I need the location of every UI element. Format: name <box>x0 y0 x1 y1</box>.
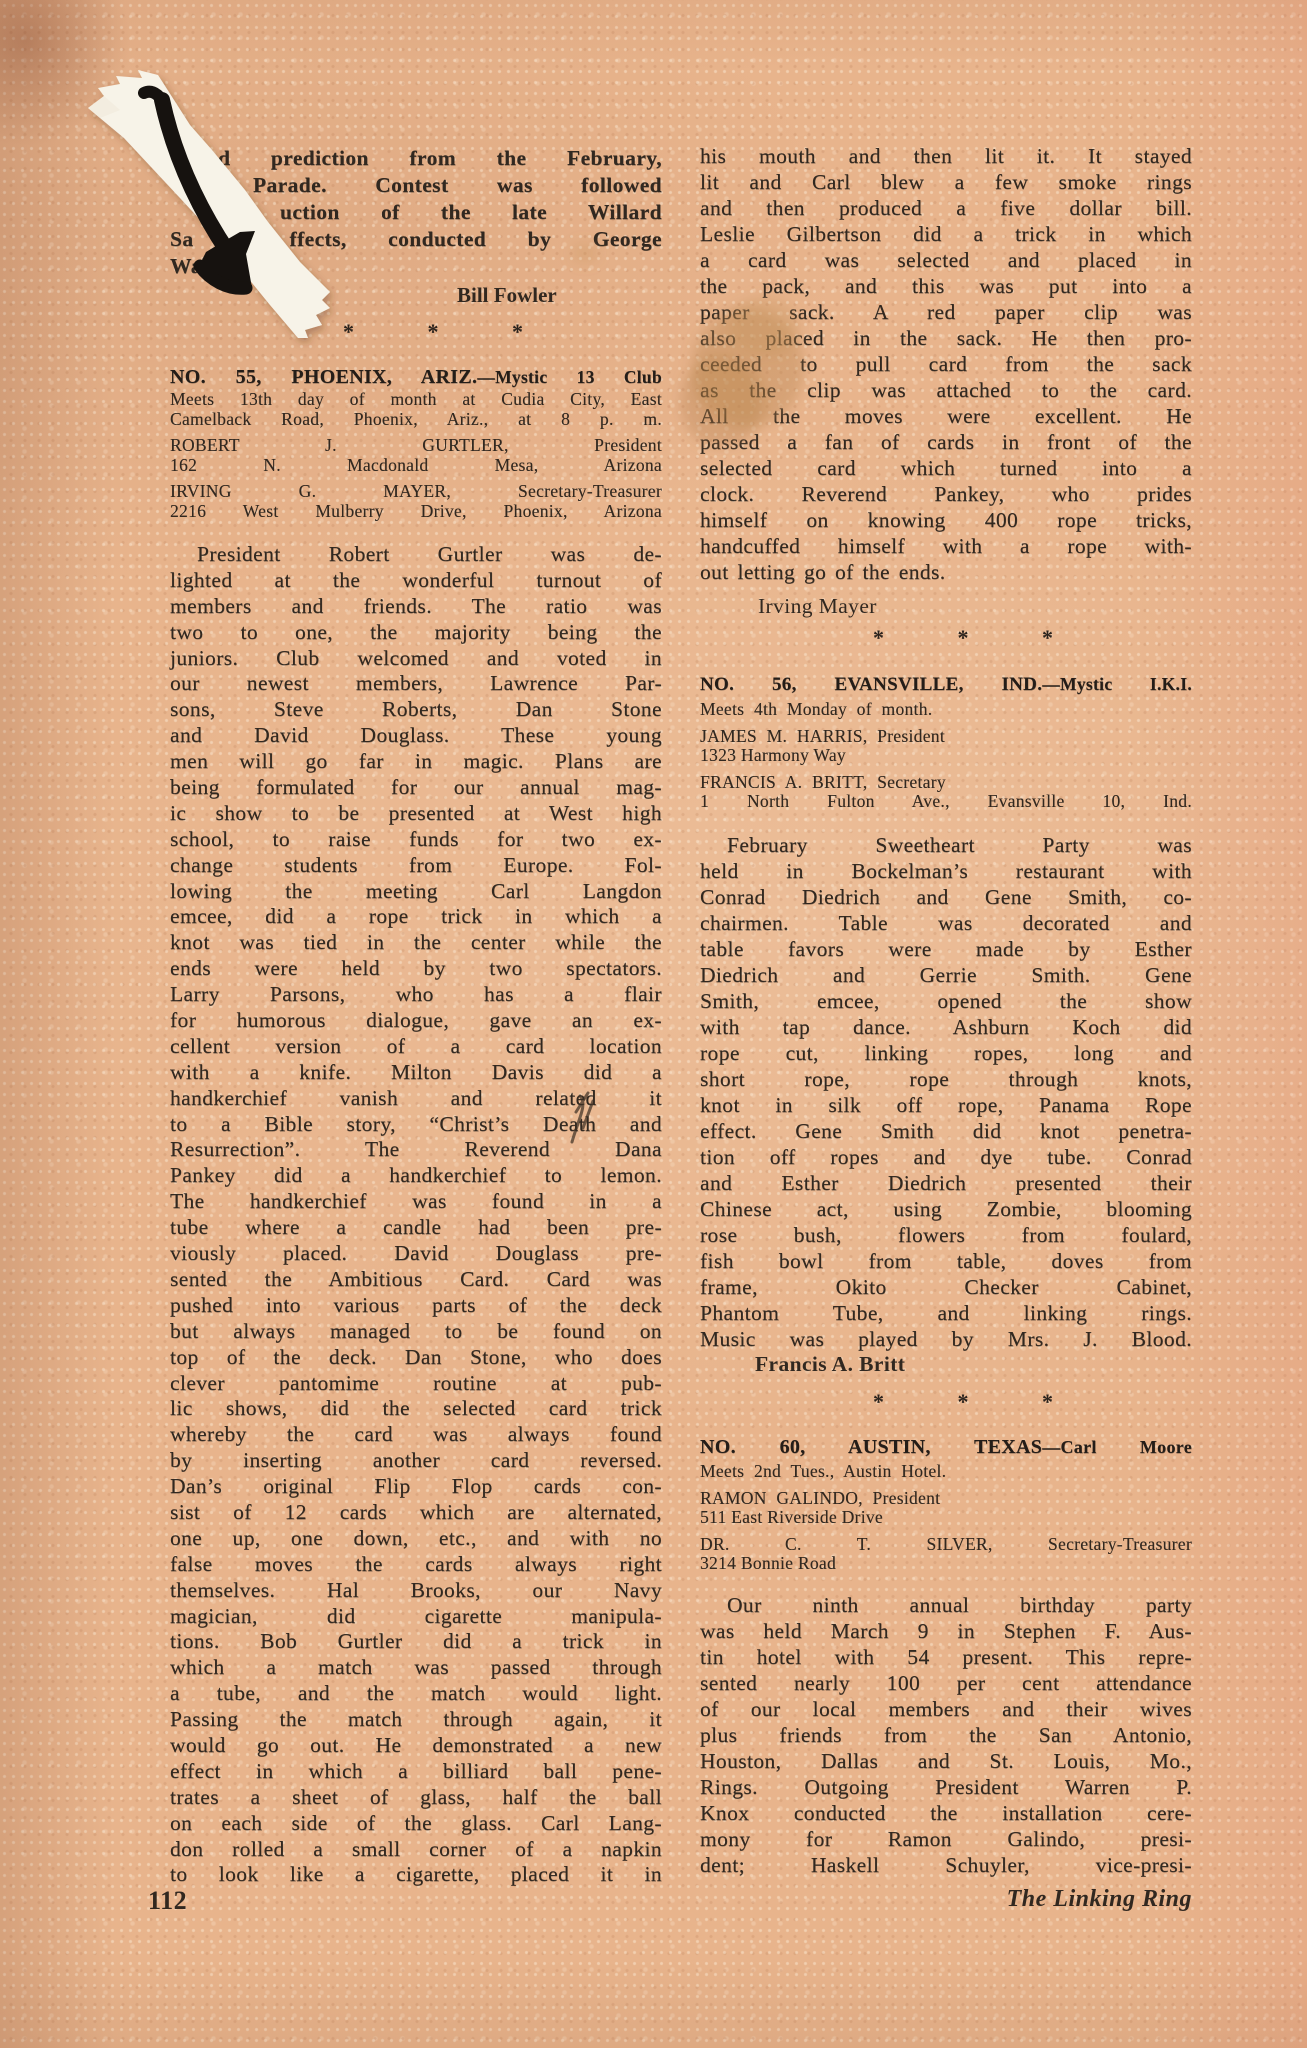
text-line: and then produced a five dollar bill. <box>700 195 1192 221</box>
text-line: lowing the meeting Carl Langdon <box>170 879 662 905</box>
club-heading-evansville: NO. 56, EVANSVILLE, IND.—Mystic I.K.I. <box>700 674 1192 696</box>
text-line: lighted at the wonderful turnout of <box>170 568 662 594</box>
text-line: lic shows, did the selected card trick <box>170 1396 662 1422</box>
text-line: Saffects, conducted by George <box>170 226 662 253</box>
text-line: Dan’s original Flip Flop cards con- <box>170 1474 662 1500</box>
club-info-evansville: Meets 4th Monday of month.JAMES M. HARRI… <box>700 700 1192 812</box>
text-line: magician, did cigarette manipula- <box>170 1604 662 1630</box>
text-line: 162 N. Macdonald Mesa, Arizona <box>170 456 662 476</box>
text-line: effect. Gene Smith did knot penetra- <box>700 1118 1192 1144</box>
text-line: knot in silk off rope, Panama Rope <box>700 1092 1192 1118</box>
text-line: The handkerchief was found in a <box>170 1189 662 1215</box>
text-line: trates a sheet of glass, half the ball <box>170 1785 662 1811</box>
text-line: with a knife. Milton Davis did a <box>170 1060 662 1086</box>
text-line: table favors were made by Esther <box>700 936 1192 962</box>
text-line: 1 North Fulton Ave., Evansville 10, Ind. <box>700 792 1192 812</box>
text-line: one up, one down, etc., and with no <box>170 1526 662 1552</box>
text-line: ROBERT J. GURTLER, President <box>170 436 662 456</box>
text-line: of our local members and their wives <box>700 1696 1192 1722</box>
text-line: our newest members, Lawrence Par- <box>170 671 662 697</box>
text-line: tions. Bob Gurtler did a trick in <box>170 1629 662 1655</box>
text-line: dent; Haskell Schuyler, vice-presi- <box>700 1852 1192 1878</box>
star-separator: * * * <box>700 626 1226 650</box>
text-line: ceeded to pull card from the sack <box>700 351 1192 377</box>
text-line: juniors. Club welcomed and voted in <box>170 646 662 672</box>
text-line: DR. C. T. SILVER, Secretary-Treasurer <box>700 1535 1192 1555</box>
text-line: Our ninth annual birthday party <box>700 1592 1192 1618</box>
text-line: change students from Europe. Fol- <box>170 853 662 879</box>
text-line: but always managed to be found on <box>170 1319 662 1345</box>
text-line: school, to raise funds for two ex- <box>170 827 662 853</box>
text-line: February Sweetheart Party was <box>700 832 1192 858</box>
text-line: chairmen. Table was decorated and <box>700 910 1192 936</box>
text-line: which a match was passed through <box>170 1655 662 1681</box>
journal-title: The Linking Ring <box>700 1886 1192 1913</box>
text-line: Resurrection”. The Reverend Dana <box>170 1137 662 1163</box>
star-separator: * * * <box>700 1390 1226 1414</box>
text-line: a tube, and the match would light. <box>170 1681 662 1707</box>
text-line: ic show to be presented at West high <box>170 801 662 827</box>
signature-francis-britt: Francis A. Britt <box>700 1352 1247 1377</box>
text-line: 1323 Harmony Way <box>700 746 1192 766</box>
text-line: Meets 2nd Tues., Austin Hotel. <box>700 1462 1192 1482</box>
text-fragment: Sa <box>170 226 194 253</box>
text-line: paper sack. A red paper clip was <box>700 299 1192 325</box>
text-line: Rings. Outgoing President Warren P. <box>700 1774 1192 1800</box>
text-line: cellent version of a card location <box>170 1034 662 1060</box>
text-line: members and friends. The ratio was <box>170 594 662 620</box>
text-line: with tap dance. Ashburn Koch did <box>700 1014 1192 1040</box>
club-info-austin: Meets 2nd Tues., Austin Hotel.RAMON GALI… <box>700 1462 1192 1574</box>
text-fragment: ffects, conducted by George <box>290 226 662 253</box>
text-line: frame, Okito Checker Cabinet, <box>700 1274 1192 1300</box>
text-line: was held March 9 in Stephen F. Aus- <box>700 1618 1192 1644</box>
text-line: RAMON GALINDO, President <box>700 1489 1192 1509</box>
text-line: as the clip was attached to the card. <box>700 377 1192 403</box>
text-line: fish bowl from table, doves from <box>700 1248 1192 1274</box>
evansville-report-body: February Sweetheart Party washeld in Boc… <box>700 832 1192 1352</box>
text-line: effect in which a billiard ball pene- <box>170 1759 662 1785</box>
text-line: being formulated for our annual mag- <box>170 775 662 801</box>
text-line: also placed in the sack. He then pro- <box>700 325 1192 351</box>
text-line: Larry Parsons, who has a flair <box>170 982 662 1008</box>
text-line: to look like a cigarette, placed it in <box>170 1862 662 1888</box>
text-line: Houston, Dallas and St. Louis, Mo., <box>700 1748 1192 1774</box>
text-line: held in Bockelman’s restaurant with <box>700 858 1192 884</box>
text-line: clever pantomime routine at pub- <box>170 1371 662 1397</box>
text-line: false moves the cards always right <box>170 1552 662 1578</box>
text-line: rope cut, linking ropes, long and <box>700 1040 1192 1066</box>
club-number: NO. 55, PHOENIX, ARIZ. <box>170 366 477 388</box>
text-line: uction of the late Willard <box>170 199 662 226</box>
text-line: FRANCIS A. BRITT, Secretary <box>700 773 1192 793</box>
text-line: by inserting another card reversed. <box>170 1448 662 1474</box>
text-line: mony for Ramon Galindo, presi- <box>700 1826 1192 1852</box>
text-line: Leslie Gilbertson did a trick in which <box>700 221 1192 247</box>
text-line: Knox conducted the installation cere- <box>700 1800 1192 1826</box>
text-line: themselves. Hal Brooks, our Navy <box>170 1578 662 1604</box>
text-line: for humorous dialogue, gave an ex- <box>170 1008 662 1034</box>
text-line: ends were held by two spectators. <box>170 956 662 982</box>
text-line: 511 East Riverside Drive <box>700 1508 1192 1528</box>
text-line: whereby the card was always found <box>170 1422 662 1448</box>
text-line: Parade. Contest was followed <box>170 172 662 199</box>
text-line: sist of 12 cards which are alternated, <box>170 1500 662 1526</box>
text-line: passed a fan of cards in front of the <box>700 429 1192 455</box>
text-line: knot was tied in the center while the <box>170 930 662 956</box>
text-line: Phantom Tube, and linking rings. <box>700 1300 1192 1326</box>
club-heading-austin: NO. 60, AUSTIN, TEXAS—Carl Moore <box>700 1436 1192 1459</box>
text-line: Passing the match through again, it <box>170 1707 662 1733</box>
text-line: men will go far in magic. Plans are <box>170 749 662 775</box>
text-line: President Robert Gurtler was de- <box>170 542 662 568</box>
text-line: tion off ropes and dye tube. Conrad <box>700 1144 1192 1170</box>
club-number: NO. 60, AUSTIN, TEXAS <box>700 1436 1042 1458</box>
text-line: 3214 Bonnie Road <box>700 1554 1192 1574</box>
text-line: would go out. He demonstrated a new <box>170 1733 662 1759</box>
text-line: and Esther Diedrich presented their <box>700 1170 1192 1196</box>
text-line: himself on knowing 400 rope tricks, <box>700 507 1192 533</box>
text-line: d prediction from the February, <box>170 145 662 172</box>
text-line: tube where a candle had been pre- <box>170 1215 662 1241</box>
text-line: plus friends from the San Antonio, <box>700 1722 1192 1748</box>
text-line: a card was selected and placed in <box>700 247 1192 273</box>
signature-irving-mayer: Irving Mayer <box>700 594 1250 619</box>
text-line: clock. Reverend Pankey, who prides <box>700 481 1192 507</box>
text-line: Camelback Road, Phoenix, Ariz., at 8 p. … <box>170 410 662 430</box>
club-name: —Carl Moore <box>1042 1437 1192 1457</box>
text-line: Meets 13th day of month at Cudia City, E… <box>170 390 662 410</box>
text-line: and David Douglass. These young <box>170 723 662 749</box>
text-line: 2216 West Mulberry Drive, Phoenix, Arizo… <box>170 502 662 522</box>
text-line: tin hotel with 54 present. This repre- <box>700 1644 1192 1670</box>
text-line: on each side of the glass. Carl Lang- <box>170 1811 662 1837</box>
text-line: viously placed. David Douglass pre- <box>170 1241 662 1267</box>
text-line: JAMES M. HARRIS, President <box>700 727 1192 747</box>
text-line: sented the Ambitious Card. Card was <box>170 1267 662 1293</box>
text-line: Diedrich and Gerrie Smith. Gene <box>700 962 1192 988</box>
previous-report-fragment: d prediction from the February,Parade. C… <box>170 145 662 280</box>
club-heading-phoenix: NO. 55, PHOENIX, ARIZ.—Mystic 13 Club <box>170 366 662 389</box>
page-number: 112 <box>148 1886 187 1916</box>
text-line: pushed into various parts of the deck <box>170 1293 662 1319</box>
text-line: Pankey did a handkerchief to lemon. <box>170 1163 662 1189</box>
text-line: Wal <box>170 253 662 280</box>
text-line: Chinese act, using Zombie, blooming <box>700 1196 1192 1222</box>
text-line: sons, Steve Roberts, Dan Stone <box>170 697 662 723</box>
text-line: handkerchief vanish and related it <box>170 1086 662 1112</box>
club-name: —Mystic 13 Club <box>477 367 662 387</box>
star-separator: * * * <box>170 320 696 344</box>
text-line: top of the deck. Dan Stone, who does <box>170 1345 662 1371</box>
text-line: his mouth and then lit it. It stayed <box>700 143 1192 169</box>
text-line: two to one, the majority being the <box>170 620 662 646</box>
text-line: selected card which turned into a <box>700 455 1192 481</box>
text-line: IRVING G. MAYER, Secretary-Treasurer <box>170 482 662 502</box>
text-line: sented nearly 100 per cent attendance <box>700 1670 1192 1696</box>
text-line: lit and Carl blew a few smoke rings <box>700 169 1192 195</box>
text-line: short rope, rope through knots, <box>700 1066 1192 1092</box>
text-line: All the moves were excellent. He <box>700 403 1192 429</box>
text-line: Meets 4th Monday of month. <box>700 700 1192 720</box>
text-line: Conrad Diedrich and Gene Smith, co- <box>700 884 1192 910</box>
phoenix-report-left-column: President Robert Gurtler was de-lighted … <box>170 542 662 1888</box>
phoenix-report-right-column: his mouth and then lit it. It stayedlit … <box>700 143 1192 585</box>
text-line: Smith, emcee, opened the show <box>700 988 1192 1014</box>
club-name: —Mystic I.K.I. <box>1042 674 1192 694</box>
club-info-phoenix: Meets 13th day of month at Cudia City, E… <box>170 390 662 521</box>
club-number: NO. 56, EVANSVILLE, IND. <box>700 674 1042 695</box>
text-line: rose bush, flowers from foulard, <box>700 1222 1192 1248</box>
text-line: to a Bible story, “Christ’s Death and <box>170 1112 662 1138</box>
text-line: don rolled a small corner of a napkin <box>170 1837 662 1863</box>
austin-report-body: Our ninth annual birthday partywas held … <box>700 1592 1192 1878</box>
text-line: the pack, and this was put into a <box>700 273 1192 299</box>
text-line: out letting go of the ends. <box>700 559 1192 585</box>
text-line: Music was played by Mrs. J. Blood. <box>700 1326 1192 1352</box>
text-line: emcee, did a rope trick in which a <box>170 904 662 930</box>
text-line: handcuffed himself with a rope with- <box>700 533 1192 559</box>
magazine-page-scan: d prediction from the February,Parade. C… <box>0 0 1307 2048</box>
